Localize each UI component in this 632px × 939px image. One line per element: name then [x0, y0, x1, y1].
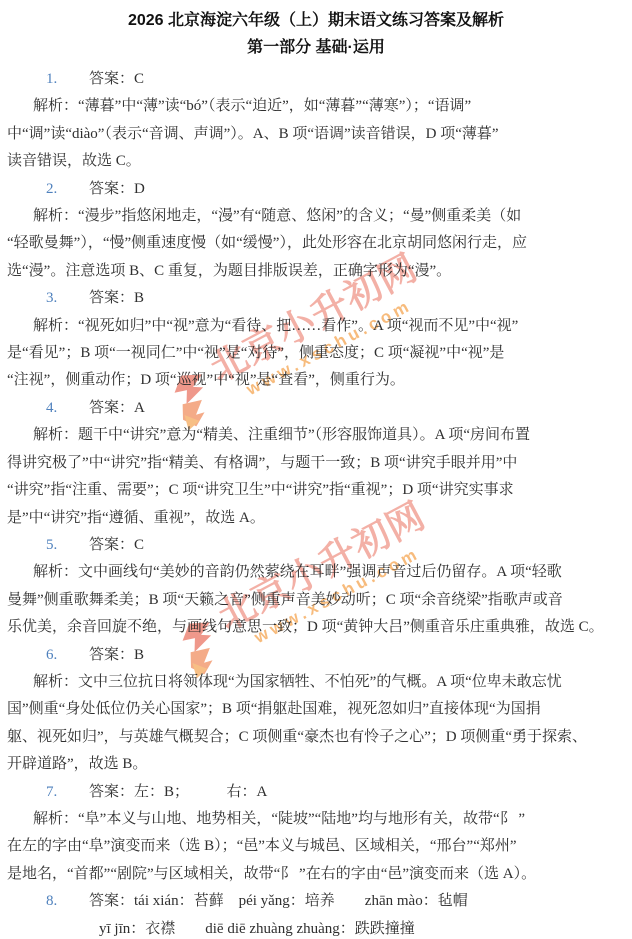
answer-line-2: 2.答案：D — [7, 176, 625, 203]
analysis-line: 是“看见”；B 项“一视同仁”中“视”是“对待”，侧重态度；C 项“凝视”中“视… — [7, 340, 625, 367]
answer-number: 8. — [46, 888, 89, 915]
analysis-line: 解析：“视死如归”中“视”意为“看待、把……看作”。A 项“视而不见”中“视” — [7, 313, 625, 340]
document-title: 2026 北京海淀六年级（上）期末语文练习答案及解析 — [0, 9, 632, 32]
analysis-line: 解析：题干中“讲究”意为“精美、注重细节”（形容服饰道具）。A 项“房间布置 — [7, 422, 625, 449]
analysis-line: 曼舞”侧重歌舞柔美；B 项“天籁之音”侧重声音美妙动听；C 项“余音绕梁”指歌声… — [7, 587, 625, 614]
analysis-line: 解析：文中画线句“美妙的音韵仍然萦绕在耳畔”强调声音过后仍留存。A 项“轻歌 — [7, 559, 625, 586]
analysis-line: 解析：“漫步”指悠闲地走，“漫”有“随意、悠闲”的含义；“曼”侧重柔美（如 — [7, 203, 625, 230]
answer-number: 3. — [46, 285, 89, 312]
answer-line-6: 6.答案：B — [7, 642, 625, 669]
answer-text: 答案：tái xián：苔藓 péi yǎng：培养 zhān mào：毡帽 — [89, 893, 468, 909]
answer-line-1: 1.答案：C — [7, 66, 625, 93]
analysis-line: 是”中“讲究”指“遵循、重视”，故选 A。 — [7, 505, 625, 532]
answer-line-5: 5.答案：C — [7, 532, 625, 559]
answer-text: 答案：左：B； 右：A — [89, 784, 267, 800]
analysis-line: 国”侧重“身处低位仍关心国家”；B 项“捐躯赴国难，视死忽如归”直接体现“为国捐 — [7, 696, 625, 723]
analysis-line: “注视”，侧重动作；D 项“巡视”中“视”是“查看”，侧重行为。 — [7, 367, 625, 394]
answer-line-3: 3.答案：B — [7, 285, 625, 312]
answer-number: 1. — [46, 66, 89, 93]
answer-text: 答案：A — [89, 400, 145, 416]
answer-number: 2. — [46, 176, 89, 203]
answer-number: 5. — [46, 532, 89, 559]
answer-number: 6. — [46, 642, 89, 669]
analysis-line: 在左的字由“阜”演变而来（选 B）；“邑”本义与城邑、区域相关，“邢台”“郑州” — [7, 833, 625, 860]
answer-number: 4. — [46, 395, 89, 422]
analysis-line: 解析：“阜”本义与山地、地势相关，“陡坡”“陆地”均与地形有关，故带“阝 ” — [7, 806, 625, 833]
analysis-line: 解析：“薄暮”中“薄”读“bó”（表示“迫近”，如“薄暮”“薄寒”）；“语调” — [7, 93, 625, 120]
answer-text: 答案：C — [89, 537, 144, 553]
answer-text: 答案：B — [89, 647, 144, 663]
analysis-line: 乐优美，余音回旋不绝，与画线句意思一致；D 项“黄钟大吕”侧重音乐庄重典雅，故选… — [7, 614, 625, 641]
answer-number: 7. — [46, 779, 89, 806]
analysis-line: “讲究”指“注重、需要”；C 项“讲究卫生”中“讲究”指“重视”；D 项“讲究实… — [7, 477, 625, 504]
answer-line-8: 8.答案：tái xián：苔藓 péi yǎng：培养 zhān mào：毡帽 — [7, 888, 625, 915]
analysis-line: 读音错误，故选 C。 — [7, 148, 625, 175]
answer-text: 答案：D — [89, 181, 145, 197]
answer-text: 答案：B — [89, 290, 144, 306]
section-heading: 第一部分 基础·运用 — [0, 36, 632, 59]
answer-line-7: 7.答案：左：B； 右：A — [7, 779, 625, 806]
analysis-line: 得讲究极了”中“讲究”指“精美、有格调”，与题干一致；B 项“讲究手眼并用”中 — [7, 450, 625, 477]
answer-text: 答案：C — [89, 71, 144, 87]
analysis-line: “轻歌曼舞”），“慢”侧重速度慢（如“缓慢”），此处形容在北京胡同悠闲行走，应 — [7, 230, 625, 257]
analysis-line: 解析：文中三位抗日将领体现“为国家牺牲、不怕死”的气概。A 项“位卑未敢忘忧 — [7, 669, 625, 696]
analysis-line: 开辟道路”，故选 B。 — [7, 751, 625, 778]
analysis-line: 选“漫”。注意选项 B、C 重复，为题目排版误差，正确字形为“漫”。 — [7, 258, 625, 285]
analysis-line: 躯、视死如归”，与英雄气概契合；C 项侧重“豪杰也有怜子之心”；D 项侧重“勇于… — [7, 724, 625, 751]
analysis-line: 是地名，“首都”“剧院”与区域相关，故带“阝 ”在右的字由“邑”演变而来（选 A… — [7, 861, 625, 888]
answer-key-body: 1.答案：C 解析：“薄暮”中“薄”读“bó”（表示“迫近”，如“薄暮”“薄寒”… — [0, 66, 632, 939]
analysis-line: 中“调”读“diào”（表示“音调、声调”）。A、B 项“语调”读音错误，D 项… — [7, 121, 625, 148]
document-page: 2026 北京海淀六年级（上）期末语文练习答案及解析 第一部分 基础·运用 1.… — [0, 0, 632, 939]
answer-text-continued: yī jīn：衣襟 diē diē zhuàng zhuàng：跌跌撞撞 — [7, 916, 625, 939]
answer-line-4: 4.答案：A — [7, 395, 625, 422]
